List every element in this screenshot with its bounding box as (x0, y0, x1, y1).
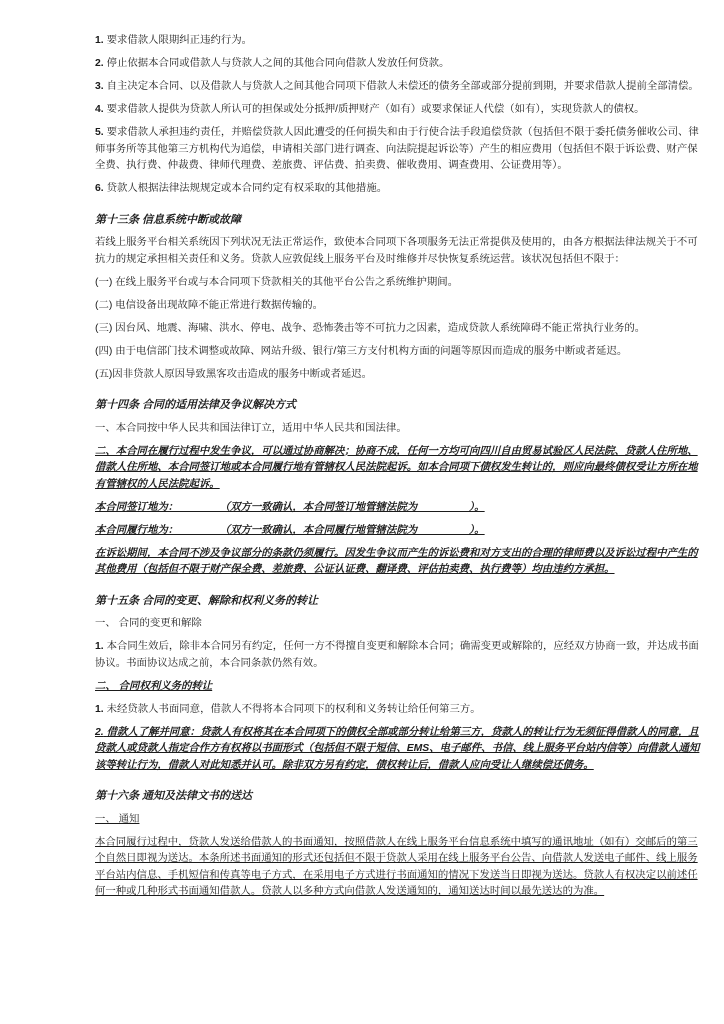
article-13-item-5: (五)因非贷款人原因导致黑客攻击造成的服务中断或者延迟。 (95, 367, 705, 384)
remedy-item-text: 要求借款人承担违约责任，并赔偿贷款人因此遭受的任何损失和由于行使合法手段追偿贷款… (95, 127, 699, 171)
item-number: 1. (95, 641, 104, 652)
performance-place-line: 本合同履行地为： （双方一致确认，本合同履行地管辖法院为 ）。 (95, 523, 705, 540)
article-13-intro: 若线上服务平台相关系统因下列状况无法正常运作，致使本合同项下各项服务无法正常提供… (95, 235, 705, 268)
remedy-item-text: 要求借款人提供为贷款人所认可的担保或处分抵押/质押财产（如有）或要求保证人代偿（… (107, 104, 645, 115)
article-14-heading: 第十四条 合同的适用法律及争议解决方式 (95, 397, 705, 414)
remedy-item-number: 1. (95, 35, 104, 46)
article-15-heading: 第十五条 合同的变更、解除和权利义务的转让 (95, 593, 705, 610)
litigation-costs-clause: 在诉讼期间，本合同不涉及争议部分的条款仍须履行。因发生争议而产生的诉讼费和对方支… (95, 546, 705, 579)
article-15-sub-2-title: 二、 合同权利义务的转让 (95, 679, 705, 696)
item-number: 1. (95, 704, 104, 715)
remedy-item-4: 4. 要求借款人提供为贷款人所认可的担保或处分抵押/质押财产（如有）或要求保证人… (95, 102, 705, 119)
remedy-item-text: 自主决定本合同、以及借款人与贷款人之间其他合同项下借款人未偿还的债务全部或部分提… (107, 81, 699, 92)
remedy-item-number: 3. (95, 81, 104, 92)
article-15-section: 第十五条 合同的变更、解除和权利义务的转让 一、 合同的变更和解除 1. 本合同… (95, 593, 705, 775)
article-15-sub-2-item-2: 2. 借款人了解并同意：贷款人有权将其在本合同项下的债权全部或部分转让给第三方，… (95, 725, 705, 775)
article-15-sub-1-title: 一、 合同的变更和解除 (95, 616, 705, 633)
article-13-item-1: (一) 在线上服务平台或与本合同项下贷款相关的其他平台公告之系统维护期间。 (95, 275, 705, 292)
contract-document-page: 1. 要求借款人限期纠正违约行为。 2. 停止依据本合同或借款人与贷款人之间的其… (0, 0, 724, 1024)
article-14-clause-1: 一、本合同按中华人民共和国法律订立，适用中华人民共和国法律。 (95, 421, 705, 438)
item-text: 未经贷款人书面同意，借款人不得将本合同项下的权利和义务转让给任何第三方。 (107, 704, 481, 715)
item-text: 本合同生效后，除非本合同另有约定，任何一方不得擅自变更和解除本合同；确需变更或解… (95, 641, 699, 669)
article-13-item-3: (三) 因台风、地震、海啸、洪水、停电、战争、恐怖袭击等不可抗力之因素，造成贷款… (95, 321, 705, 338)
article-14-clause-2: 二、本合同在履行过程中发生争议，可以通过协商解决；协商不成，任何一方均可向四川自… (95, 444, 705, 494)
remedy-item-1: 1. 要求借款人限期纠正违约行为。 (95, 33, 705, 50)
remedy-item-text: 要求借款人限期纠正违约行为。 (107, 35, 252, 46)
remedy-item-5: 5. 要求借款人承担违约责任，并赔偿贷款人因此遭受的任何损失和由于行使合法手段追… (95, 125, 705, 175)
remedy-item-text: 停止依据本合同或借款人与贷款人之间的其他合同向借款人发放任何贷款。 (107, 58, 450, 69)
signing-place-line: 本合同签订地为： （双方一致确认，本合同签订地管辖法院为 ）。 (95, 500, 705, 517)
article-15-sub-2-item-1: 1. 未经贷款人书面同意，借款人不得将本合同项下的权利和义务转让给任何第三方。 (95, 702, 705, 719)
article-16-notice-paragraph: 本合同履行过程中，贷款人发送给借款人的书面通知，按照借款人在线上服务平台信息系统… (95, 835, 705, 901)
remedy-item-number: 4. (95, 104, 104, 115)
remedy-item-number: 2. (95, 58, 104, 69)
article-14-section: 第十四条 合同的适用法律及争议解决方式 一、本合同按中华人民共和国法律订立，适用… (95, 397, 705, 579)
article-15-sub-1-item-1: 1. 本合同生效后，除非本合同另有约定，任何一方不得擅自变更和解除本合同；确需变… (95, 639, 705, 672)
item-text: 借款人了解并同意：贷款人有权将其在本合同项下的债权全部或部分转让给第三方，贷款人… (95, 727, 699, 771)
remedy-item-number: 6. (95, 183, 104, 194)
article-13-heading: 第十三条 信息系统中断或故障 (95, 212, 705, 229)
remedy-item-2: 2. 停止依据本合同或借款人与贷款人之间的其他合同向借款人发放任何贷款。 (95, 56, 705, 73)
article-16-sub-1-title: 一、 通知 (95, 812, 705, 829)
article-13-section: 第十三条 信息系统中断或故障 若线上服务平台相关系统因下列状况无法正常运作，致使… (95, 212, 705, 384)
lender-remedies-list: 1. 要求借款人限期纠正违约行为。 2. 停止依据本合同或借款人与贷款人之间的其… (95, 33, 705, 198)
article-13-item-2: (二) 电信设备出现故障不能正常进行数据传输的。 (95, 298, 705, 315)
remedy-item-3: 3. 自主决定本合同、以及借款人与贷款人之间其他合同项下借款人未偿还的债务全部或… (95, 79, 705, 96)
item-number: 2. (95, 727, 104, 738)
article-13-item-4: (四) 由于电信部门技术调整或故障、网站升级、银行/第三方支付机构方面的问题等原… (95, 344, 705, 361)
article-16-section: 第十六条 通知及法律文书的送达 一、 通知 本合同履行过程中，贷款人发送给借款人… (95, 788, 705, 901)
remedy-item-6: 6. 贷款人根据法律法规规定或本合同约定有权采取的其他措施。 (95, 181, 705, 198)
remedy-item-text: 贷款人根据法律法规规定或本合同约定有权采取的其他措施。 (107, 183, 388, 194)
article-16-heading: 第十六条 通知及法律文书的送达 (95, 788, 705, 805)
remedy-item-number: 5. (95, 127, 104, 138)
